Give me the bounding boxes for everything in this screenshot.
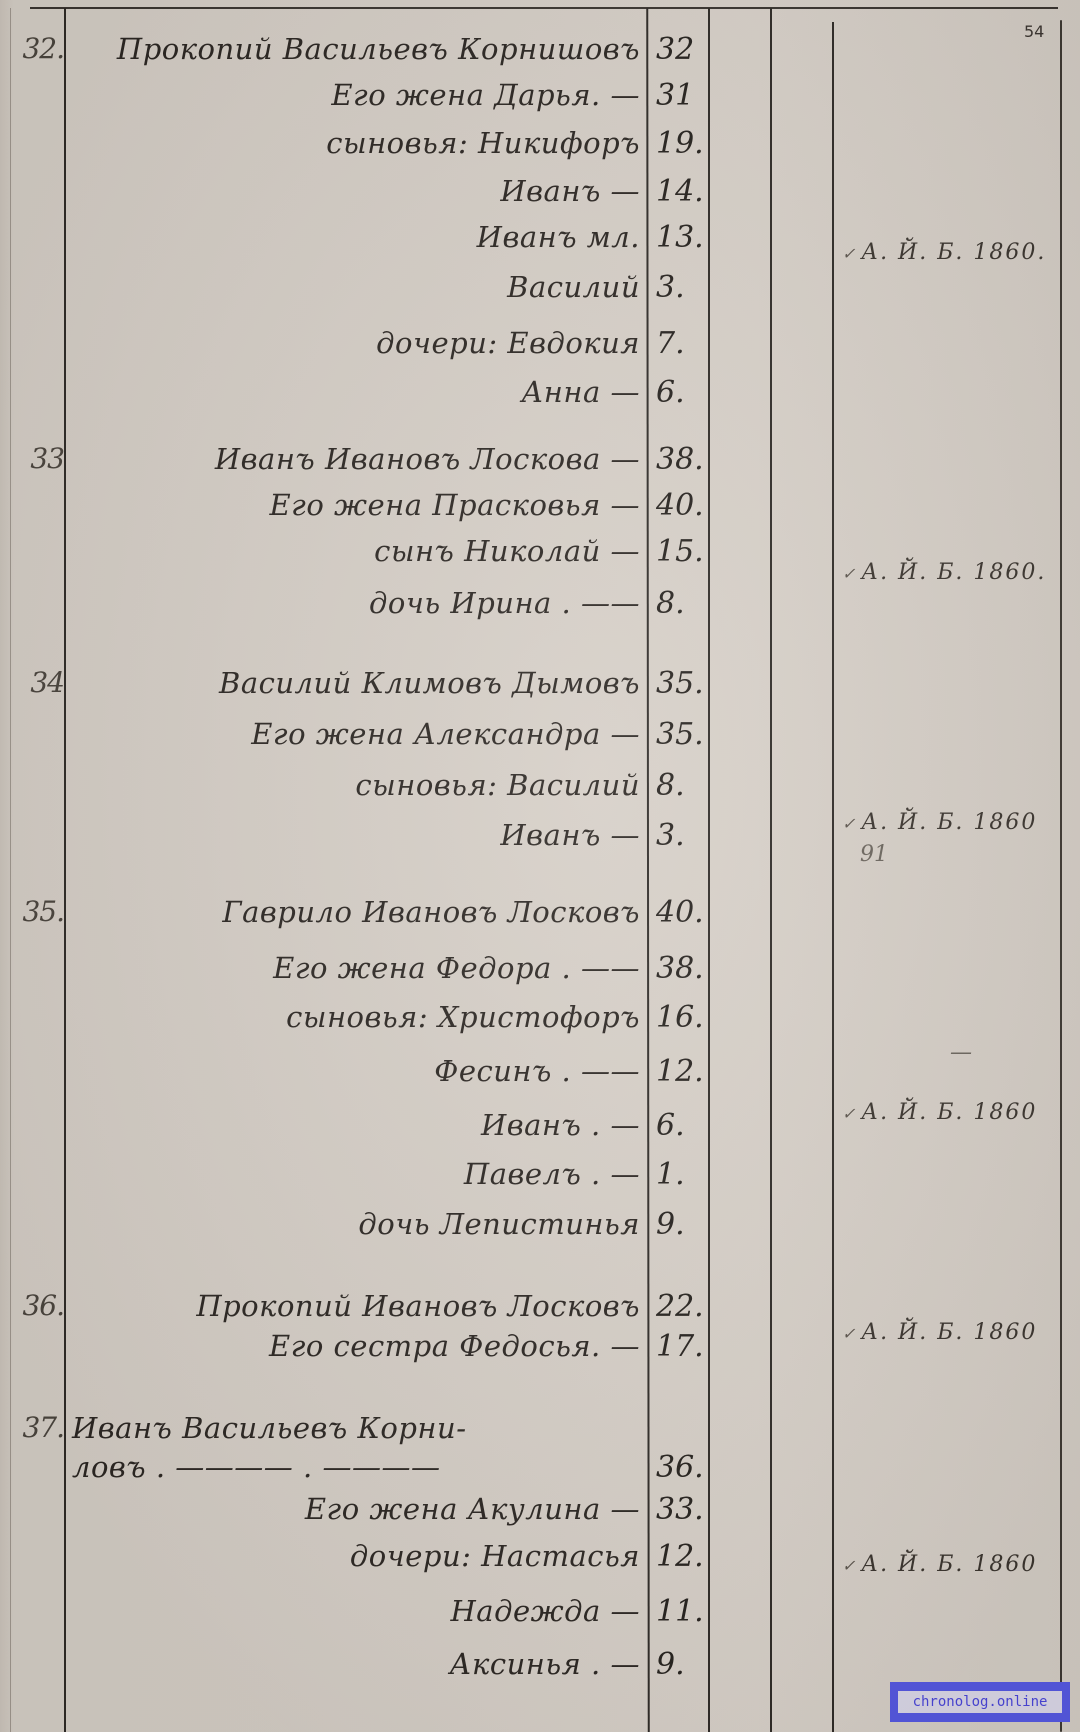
person-name: Его жена Дарья. — xyxy=(331,78,640,112)
person-age: 7. xyxy=(656,326,706,361)
margin-note: ✓А. Й. Б. 1860. xyxy=(842,560,1046,585)
person-age: 6. xyxy=(656,375,706,410)
page-right-edge xyxy=(1060,20,1062,1732)
person-age: 13. xyxy=(656,220,706,255)
margin-note-number: 91 xyxy=(860,842,888,867)
person-name: Василий xyxy=(507,270,640,304)
person-name-continued: ловъ . ———— . ———— xyxy=(72,1450,440,1484)
person-age: 36. xyxy=(656,1450,706,1485)
person-name: Иванъ — xyxy=(500,818,640,852)
person-name: дочь Лепистинья xyxy=(358,1207,640,1241)
margin-note: ✓А. Й. Б. 1860 xyxy=(842,1320,1037,1345)
person-age: 3. xyxy=(656,270,706,305)
blank-column-line-2 xyxy=(770,8,772,1732)
person-name: Его жена Прасковья — xyxy=(270,488,641,522)
person-age: 6. xyxy=(656,1108,706,1143)
person-age: 17. xyxy=(656,1329,706,1364)
person-name: Надежда — xyxy=(451,1594,640,1628)
entry-number: 36. xyxy=(18,1289,64,1322)
person-name: Павелъ . — xyxy=(464,1157,640,1191)
check-mark-icon: ✓ xyxy=(842,1104,855,1123)
check-mark-icon: ✓ xyxy=(842,244,855,263)
entry-number: 35. xyxy=(18,895,64,928)
person-age: 16. xyxy=(656,1000,706,1035)
entry-number: 33 xyxy=(18,442,64,475)
person-age: 40. xyxy=(656,895,706,930)
watermark-text: chronolog.online xyxy=(898,1691,1062,1713)
person-name: Его жена Федора . —— xyxy=(273,951,640,985)
person-age: 32 xyxy=(656,32,706,67)
margin-note: ✓А. Й. Б. 1860 xyxy=(842,810,1037,835)
person-name: дочь Ирина . —— xyxy=(369,586,640,620)
person-age: 31 xyxy=(656,78,706,113)
person-name: сынъ Николай — xyxy=(374,534,640,568)
person-name: Иванъ Ивановъ Лоскова — xyxy=(215,442,640,476)
check-mark-icon: ✓ xyxy=(842,1324,855,1343)
person-name: Анна — xyxy=(521,375,640,409)
person-age: 1. xyxy=(656,1157,706,1192)
check-mark-icon: ✓ xyxy=(842,814,855,833)
person-age: 8. xyxy=(656,768,706,803)
check-mark-icon: ✓ xyxy=(842,1556,855,1575)
person-name: Его сестра Федосья. — xyxy=(269,1329,640,1363)
person-name: Фесинъ . —— xyxy=(434,1054,640,1088)
person-name: Иванъ — xyxy=(500,174,640,208)
person-age: 9. xyxy=(656,1207,706,1242)
watermark-badge: chronolog.online xyxy=(890,1682,1070,1722)
person-name: дочери: Настасья xyxy=(350,1539,640,1573)
person-name: Прокопий Ивановъ Лосковъ xyxy=(196,1289,640,1323)
person-age: 14. xyxy=(656,174,706,209)
blank-column-line-1 xyxy=(708,8,710,1732)
person-name: Его жена Александра — xyxy=(251,717,640,751)
entry-number: 32. xyxy=(18,32,64,65)
entry-number: 37. xyxy=(18,1411,64,1444)
number-column-line xyxy=(64,8,66,1732)
margin-note: ✓А. Й. Б. 1860 xyxy=(842,1100,1037,1125)
register-page: 54 32. Прокопий Васильевъ Корнишовъ 32 Е… xyxy=(0,0,1080,1732)
person-age: 3. xyxy=(656,818,706,853)
margin-note-mark: — xyxy=(950,1040,972,1065)
person-age: 22. xyxy=(656,1289,706,1324)
person-age: 9. xyxy=(656,1647,706,1682)
person-name: сыновья: Христофоръ xyxy=(286,1000,640,1034)
person-age: 12. xyxy=(656,1539,706,1574)
person-name: Василий Климовъ Дымовъ xyxy=(219,666,640,700)
person-age: 11. xyxy=(656,1594,706,1629)
top-rule xyxy=(30,7,1058,9)
person-age: 15. xyxy=(656,534,706,569)
person-age: 33. xyxy=(656,1492,706,1527)
person-name: Его жена Акулина — xyxy=(305,1492,640,1526)
person-name: Аксинья . — xyxy=(450,1647,640,1681)
person-name: сыновья: Никифоръ xyxy=(326,126,640,160)
person-age: 35. xyxy=(656,717,706,752)
person-age: 35. xyxy=(656,666,706,701)
person-age: 8. xyxy=(656,586,706,621)
person-name: Иванъ Васильевъ Корни- xyxy=(72,1411,467,1445)
person-age: 19. xyxy=(656,126,706,161)
margin-note: ✓А. Й. Б. 1860. xyxy=(842,240,1046,265)
margin-note: ✓А. Й. Б. 1860 xyxy=(842,1552,1037,1577)
person-name: Прокопий Васильевъ Корнишовъ xyxy=(117,32,640,66)
person-age: 38. xyxy=(656,442,706,477)
notes-column-line xyxy=(832,22,834,1732)
outer-margin-line xyxy=(10,8,11,1732)
age-column-line xyxy=(646,8,649,1732)
person-age: 38. xyxy=(656,951,706,986)
person-age: 40. xyxy=(656,488,706,523)
person-age: 12. xyxy=(656,1054,706,1089)
person-name: Гаврило Ивановъ Лосковъ xyxy=(222,895,640,929)
person-name: Иванъ мл. xyxy=(477,220,640,254)
entry-number: 34 xyxy=(18,666,64,699)
person-name: дочери: Евдокия xyxy=(376,326,640,360)
check-mark-icon: ✓ xyxy=(842,564,855,583)
page-number: 54 xyxy=(1024,22,1044,41)
person-name: Иванъ . — xyxy=(481,1108,640,1142)
person-name: сыновья: Василий xyxy=(355,768,640,802)
